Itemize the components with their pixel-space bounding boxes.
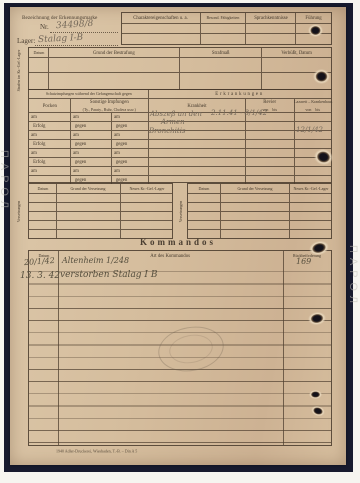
nr-dotted-line [50, 32, 118, 33]
impf-row-cell: am [111, 113, 148, 121]
impf-row-cell: Erfolg [29, 122, 70, 130]
impf-row-cell: gegen [70, 158, 111, 166]
empty-cell [220, 221, 289, 229]
lazarett-entry-2: 12/1/42 [296, 127, 323, 134]
col-header-sprachen: Sprachkenntnisse [245, 13, 295, 23]
nr-handwritten-value: 34498/8 [56, 20, 94, 32]
archive-watermark-left: ПАРОЛ [0, 150, 10, 213]
col-header-fuehrung: Führung [295, 13, 331, 23]
empty-cell [245, 24, 295, 33]
empty-cell [245, 122, 294, 130]
versetzungen-table-left: Datum Grund der Versetzung Neues Kr.-Gef… [28, 183, 173, 239]
impf-row-cell: gegen [111, 140, 148, 148]
empty-cell [120, 221, 172, 229]
col-header-datum: Datum [29, 184, 56, 193]
kommando-rueck-1: 169 [296, 258, 311, 266]
kommando-art-2: verstorben Stalag I B [60, 271, 157, 280]
empty-cell [289, 212, 331, 220]
impf-row-cell: am [70, 131, 111, 139]
lager-dotted-line [35, 45, 118, 46]
col-header-grund-versetzung: Grund der Versetzung [56, 184, 120, 193]
versetzungen-table-right: Datum Grund der Versetzung Neues Kr.-Gef… [187, 183, 332, 239]
empty-cell [188, 203, 220, 211]
col-header-faehigkeiten: Besond. Fähigkeiten [200, 13, 245, 23]
empty-cell [56, 221, 120, 229]
empty-cell [294, 113, 331, 121]
empty-cell [245, 167, 294, 175]
col-header-grund-versetzung: Grund der Versetzung [220, 184, 289, 193]
col-header-neues-lager: Neues Kr.-Gef.-Lager [120, 184, 172, 193]
col-header-datum: Datum [29, 48, 48, 57]
revier-entry-1: 2.11.41 - 8/1/42 [211, 110, 267, 117]
strafen-table: Datum Grund der Bestrafung Strafmaß Verb… [28, 47, 332, 90]
versetzungen-side-label-right: Versetzungen [174, 187, 188, 235]
empty-cell [188, 212, 220, 220]
empty-cell [188, 194, 220, 202]
empty-cell [56, 212, 120, 220]
empty-cell [245, 131, 294, 139]
characteristics-table: Charaktereigenschaften u. a. Besond. Fäh… [121, 12, 332, 45]
empty-cell [148, 158, 245, 166]
archive-watermark-right: ПАРОЛ [347, 245, 359, 308]
empty-cell [120, 212, 172, 220]
impf-row-cell: Erfolg [29, 140, 70, 148]
col-header-datum: Datum [188, 184, 220, 193]
empty-cell [289, 194, 331, 202]
impf-row-cell: gegen [70, 122, 111, 130]
empty-cell [120, 203, 172, 211]
printer-imprint: 1940 Adler-Druckerei, Wiesbaden, T.-B. –… [56, 449, 137, 454]
empty-cell [122, 24, 200, 33]
empty-cell [29, 203, 56, 211]
impf-row-cell: am [29, 113, 70, 121]
impf-row-cell: am [29, 131, 70, 139]
impf-row-cell: am [111, 131, 148, 139]
punch-hole [308, 24, 323, 37]
personalkarte-card: Bezeichnung der Erkennungsmarke Nr. 3449… [10, 7, 346, 465]
empty-cell [122, 34, 200, 44]
krankheit-entry-2: Bronchitis [149, 128, 186, 135]
kommandos-title: Kommandos [10, 238, 346, 247]
empty-cell [294, 140, 331, 148]
empty-cell [220, 203, 289, 211]
empty-cell [289, 203, 331, 211]
empty-cell [245, 140, 294, 148]
nr-label: Nr. [40, 24, 49, 31]
table-divider [283, 251, 284, 445]
empty-cell [148, 167, 245, 175]
col-header-strafmass: Strafmaß [179, 48, 261, 57]
impfungen-erkrankungen-table: Schutzimpfungen während der Gefangenscha… [28, 89, 332, 183]
col-header-sonstige: Sonstige Impfungen (Ty., Paraty., Ruhr, … [70, 99, 148, 112]
empty-cell [220, 194, 289, 202]
empty-cell [289, 230, 331, 238]
col-header-verbuesst: Verbüßt, Datum [261, 48, 331, 57]
empty-cell [29, 194, 56, 202]
empty-cell [188, 221, 220, 229]
col-header-charakter: Charaktereigenschaften u. a. [122, 13, 200, 23]
empty-cell [245, 34, 295, 44]
impf-row-cell: am [70, 167, 111, 175]
versetzungen-side-label-left: Versetzungen [12, 187, 26, 235]
empty-cell [148, 140, 245, 148]
kommando-art-1: Altenheim 1/248 [62, 257, 129, 265]
empty-cell [289, 221, 331, 229]
lager-label: Lager: [17, 38, 35, 45]
empty-cell [245, 149, 294, 157]
empty-cell [220, 230, 289, 238]
impf-row-cell: am [111, 167, 148, 175]
empty-cell [200, 34, 245, 44]
krankheit-entry-1b: Armen [161, 119, 185, 126]
impf-row-cell: am [70, 149, 111, 157]
scanned-document-page: { "watermark": { "text": "ПАРОЛ" }, "hea… [0, 0, 360, 483]
impf-row-cell: am [70, 113, 111, 121]
empty-cell [29, 230, 56, 238]
impf-row-cell: am [111, 149, 148, 157]
col-header-lazarett: Lazarett – Krankenhaus von bis [294, 99, 331, 112]
col-header-grund-bestrafung: Grund der Bestrafung [48, 48, 179, 57]
empty-cell [29, 212, 56, 220]
krankheit-entry-1: Abszeß an den [150, 111, 202, 118]
impf-row-cell: gegen [111, 122, 148, 130]
empty-cell [29, 221, 56, 229]
empty-cell [120, 194, 172, 202]
empty-cell [48, 73, 179, 89]
kommando-datum-2: 13. 3. 42 [20, 272, 60, 281]
empty-cell [56, 203, 120, 211]
empty-cell [56, 194, 120, 202]
empty-cell [48, 58, 179, 72]
empty-cell [148, 149, 245, 157]
empty-cell [179, 58, 261, 72]
empty-cell [29, 73, 48, 89]
strafen-side-label: Strafen im Kr.-Gef.-Lager [12, 49, 26, 91]
lager-handwritten-value: Stalag I-B [38, 34, 84, 45]
impf-row-cell: gegen [111, 158, 148, 166]
impf-row-cell: am [29, 167, 70, 175]
empty-cell [245, 158, 294, 166]
empty-cell [220, 212, 289, 220]
punch-hole [309, 390, 322, 399]
empty-cell [294, 167, 331, 175]
impf-row-cell: am [29, 149, 70, 157]
impf-row-cell: Erfolg [29, 158, 70, 166]
col-header-neues-lager: Neues Kr.-Gef.-Lager [289, 184, 331, 193]
punch-hole [313, 69, 330, 84]
empty-cell [56, 230, 120, 238]
empty-cell [29, 58, 48, 72]
empty-cell [200, 24, 245, 33]
empty-cell [179, 73, 261, 89]
impf-row-cell: gegen [70, 140, 111, 148]
